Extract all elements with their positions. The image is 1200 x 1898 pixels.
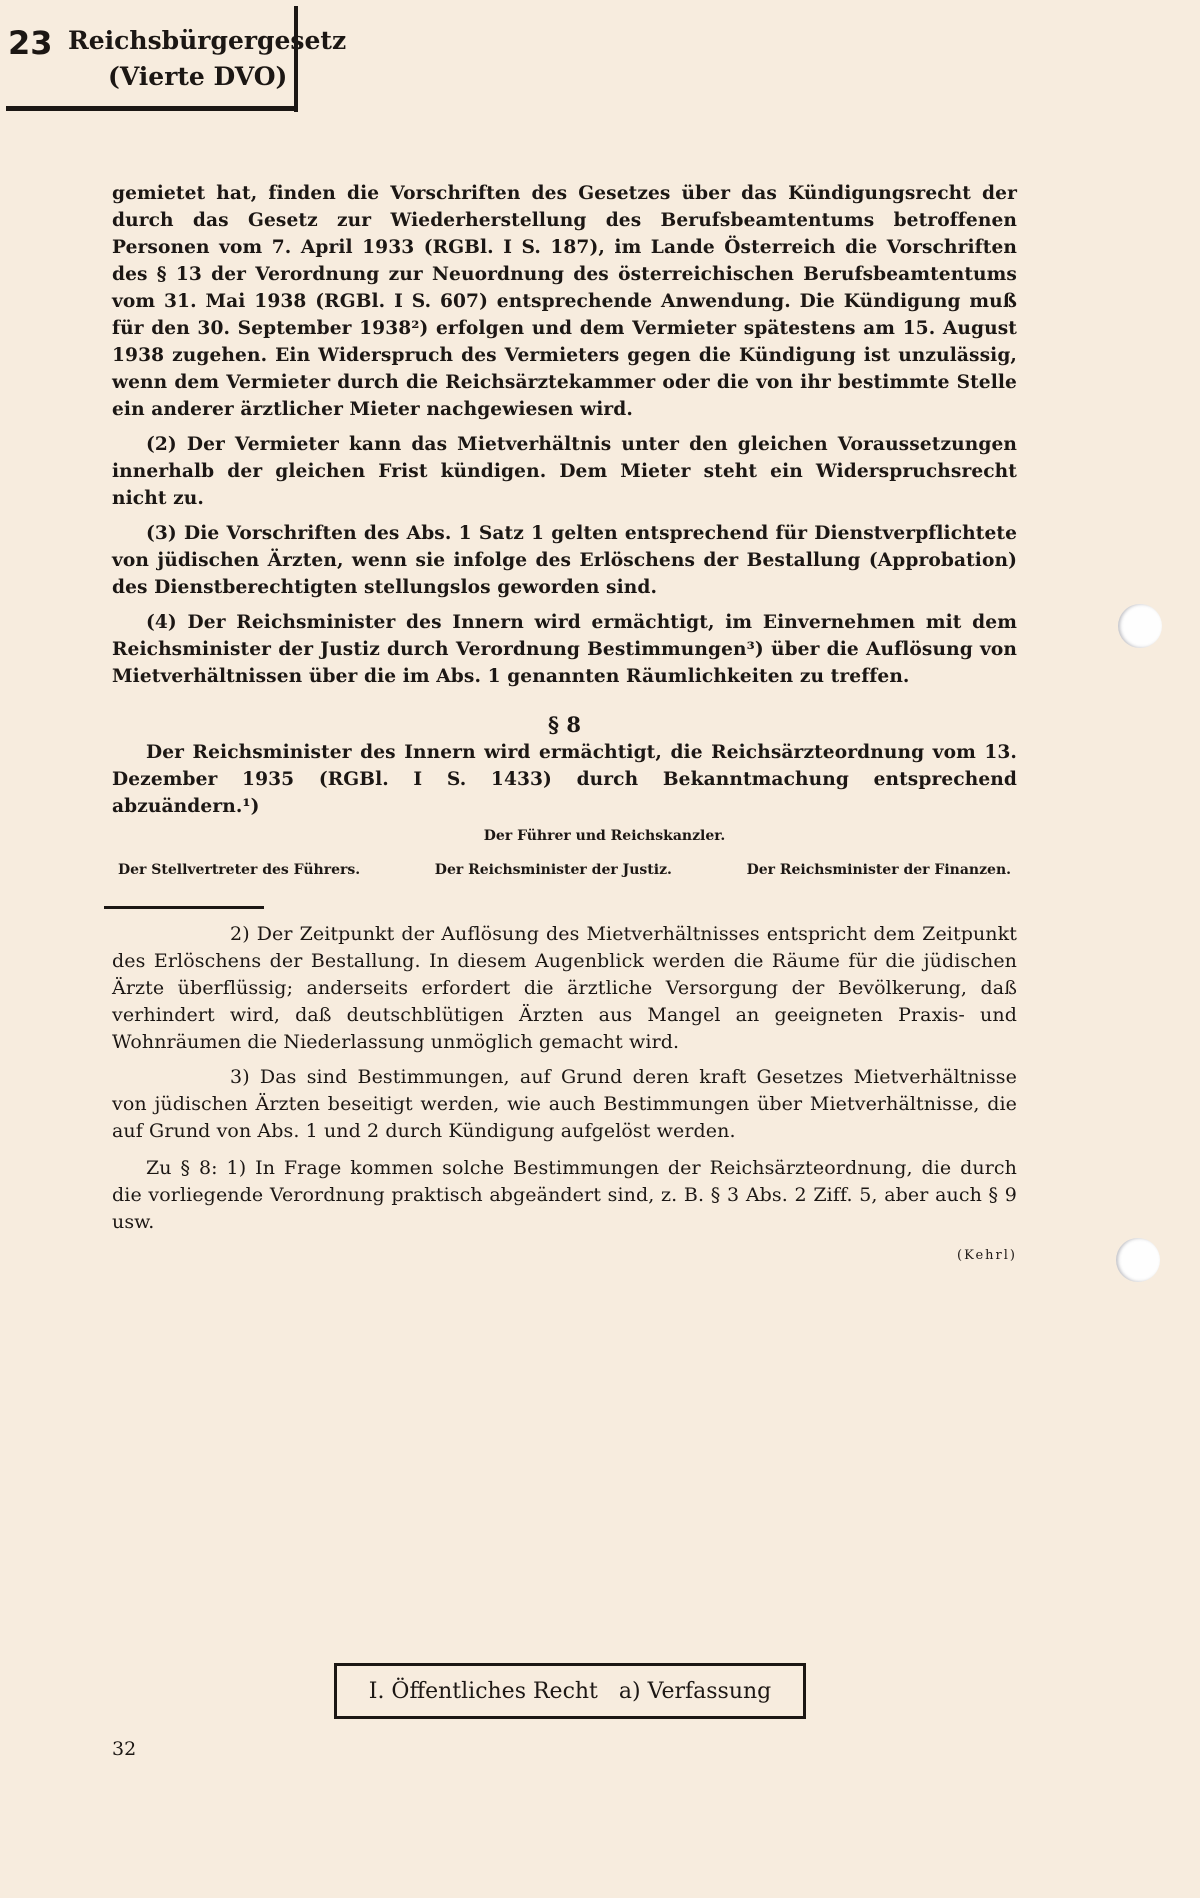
footnotes: 2) Der Zeitpunkt der Auflösung des Mietv… <box>112 921 1017 1263</box>
footnote-author: (Kehrl) <box>112 1248 1017 1263</box>
header-title: Reichsbürgergesetz <box>68 26 346 55</box>
footnote-zu-8: Zu § 8: 1) In Frage kommen solche Bestim… <box>112 1155 1017 1236</box>
signature-deputy: Der Stellvertreter des Führers. <box>118 862 360 878</box>
header-horizontal-rule <box>6 106 296 111</box>
paragraph-2: (2) Der Vermieter kann das Mietverhältni… <box>112 431 1017 512</box>
signature-row: Der Stellvertreter des Führers. Der Reic… <box>112 862 1017 878</box>
section-label-box: I. Öffentliches Recht a) Verfassung <box>334 1663 806 1719</box>
paragraph-continuation: gemietet hat, finden die Vorschriften de… <box>112 180 1017 423</box>
footnote-3: 3) Das sind Bestimmungen, auf Grund dere… <box>112 1064 1017 1145</box>
punch-hole-icon <box>1116 1238 1160 1282</box>
footnote-rule <box>104 906 264 909</box>
paragraph-3: (3) Die Vorschriften des Abs. 1 Satz 1 g… <box>112 520 1017 601</box>
signature-finance: Der Reichsminister der Finanzen. <box>747 862 1011 878</box>
section-8-text: Der Reichsminister des Innern wird ermäc… <box>112 739 1017 820</box>
punch-hole-icon <box>1118 604 1162 648</box>
header-number: 23 <box>8 24 53 62</box>
page-body: gemietet hat, finden die Vorschriften de… <box>112 180 1017 1263</box>
header-vertical-rule <box>294 6 298 112</box>
running-header: 23 Reichsbürgergesetz (Vierte DVO) <box>0 0 298 112</box>
signature-justice: Der Reichsminister der Justiz. <box>435 862 672 878</box>
section-heading: § 8 <box>112 712 1017 737</box>
page-number: 32 <box>112 1738 136 1760</box>
paragraph-4: (4) Der Reichsminister des Innern wird e… <box>112 609 1017 690</box>
section-label: I. Öffentliches Recht a) Verfassung <box>369 1679 772 1704</box>
header-subtitle: (Vierte DVO) <box>108 62 287 91</box>
footnote-2: 2) Der Zeitpunkt der Auflösung des Mietv… <box>112 921 1017 1056</box>
signature-main: Der Führer und Reichskanzler. <box>112 828 1017 844</box>
